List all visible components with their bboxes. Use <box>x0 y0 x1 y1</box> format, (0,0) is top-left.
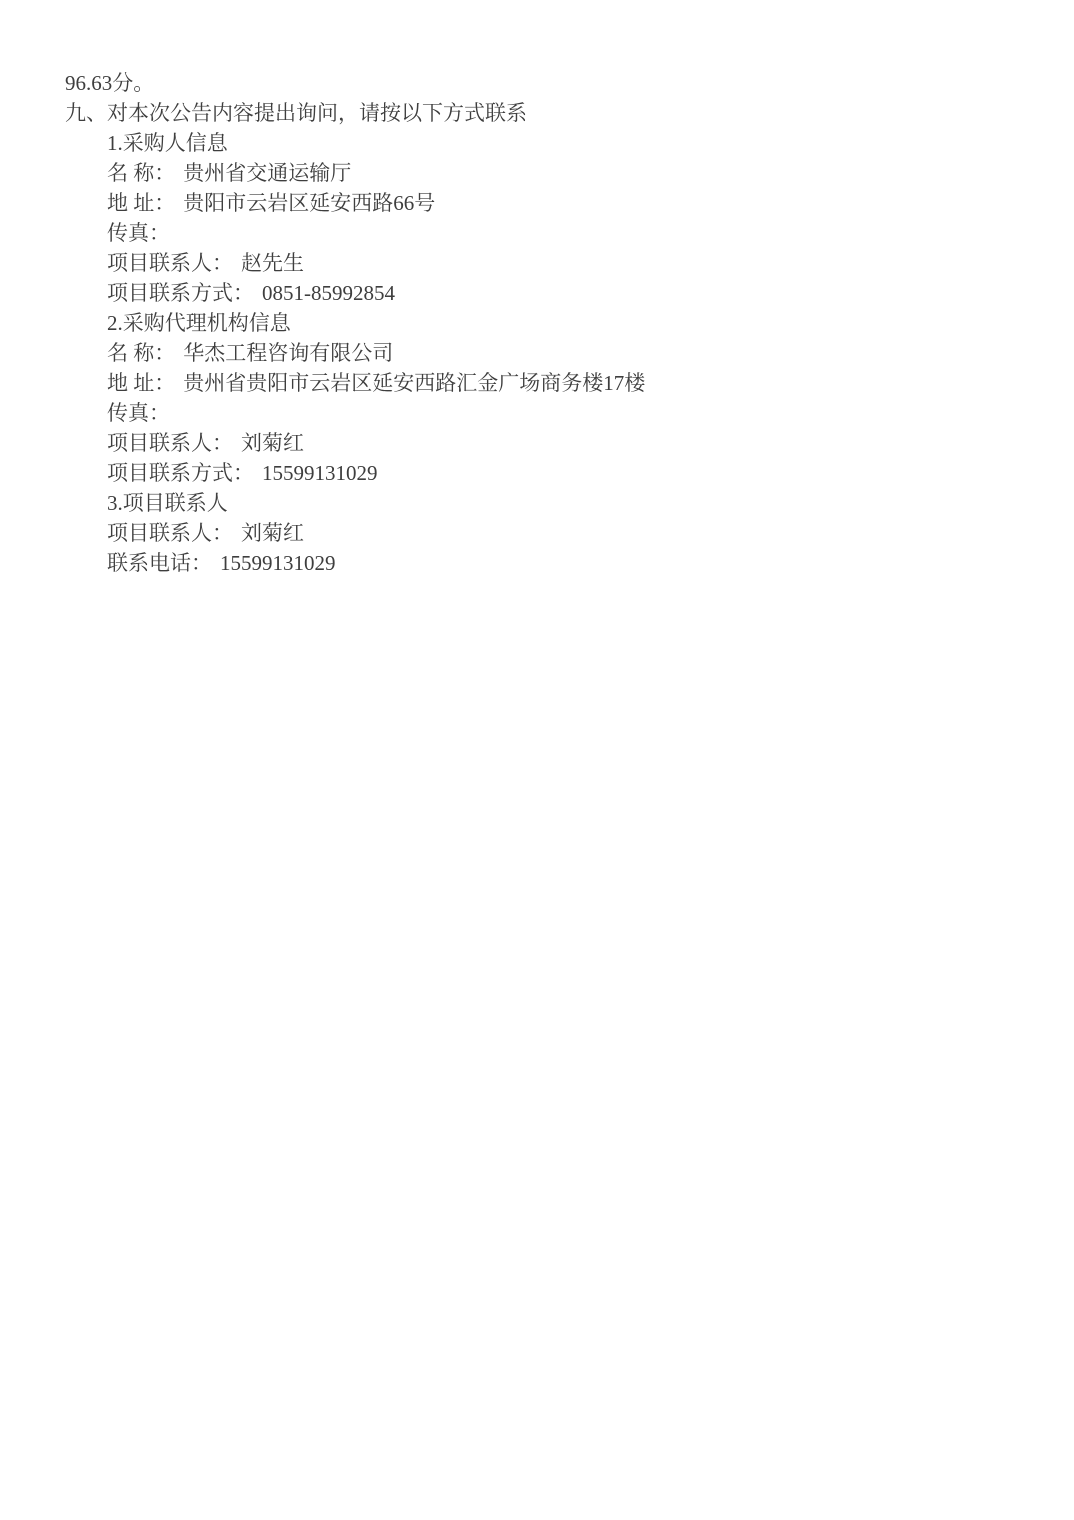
field-label: 项目联系方式： <box>107 281 254 305</box>
agency-address-row: 地 址：贵州省贵阳市云岩区延安西路汇金广场商务楼17楼 <box>65 368 1034 398</box>
field-label: 项目联系人： <box>107 251 233 275</box>
agency-contact-person-row: 项目联系人：刘菊红 <box>65 428 1034 458</box>
field-label: 传真： <box>107 221 170 245</box>
project-contact-person-row: 项目联系人：刘菊红 <box>65 518 1034 548</box>
inquiry-heading: 九、对本次公告内容提出询问，请按以下方式联系 <box>65 98 1034 128</box>
agency-fax-row: 传真： <box>65 398 1034 428</box>
field-value: 刘菊红 <box>241 431 304 455</box>
field-label: 项目联系方式： <box>107 461 254 485</box>
field-value: 15599131029 <box>220 551 336 575</box>
field-label: 名 称： <box>107 341 175 365</box>
field-value: 15599131029 <box>262 461 378 485</box>
agency-name-row: 名 称：华杰工程咨询有限公司 <box>65 338 1034 368</box>
purchaser-contact-phone-row: 项目联系方式：0851-85992854 <box>65 278 1034 308</box>
agency-contact-phone-row: 项目联系方式：15599131029 <box>65 458 1034 488</box>
field-label: 地 址： <box>107 191 175 215</box>
document-content: 96.63分。 九、对本次公告内容提出询问，请按以下方式联系 1.采购人信息 名… <box>65 68 1034 578</box>
field-label: 名 称： <box>107 161 175 185</box>
field-label: 传真： <box>107 401 170 425</box>
field-value: 贵州省贵阳市云岩区延安西路汇金广场商务楼17楼 <box>183 371 645 395</box>
field-value: 赵先生 <box>241 251 304 275</box>
field-value: 贵州省交通运输厅 <box>183 161 351 185</box>
purchaser-fax-row: 传真： <box>65 218 1034 248</box>
field-label: 联系电话： <box>107 551 212 575</box>
agency-section-title: 2.采购代理机构信息 <box>65 308 1034 338</box>
field-value: 华杰工程咨询有限公司 <box>183 341 393 365</box>
purchaser-section-title: 1.采购人信息 <box>65 128 1034 158</box>
field-value: 贵阳市云岩区延安西路66号 <box>183 191 435 215</box>
field-label: 项目联系人： <box>107 431 233 455</box>
score-text: 96.63分。 <box>65 68 1034 98</box>
field-value: 刘菊红 <box>241 521 304 545</box>
project-contact-phone-row: 联系电话：15599131029 <box>65 548 1034 578</box>
purchaser-contact-person-row: 项目联系人：赵先生 <box>65 248 1034 278</box>
field-value: 0851-85992854 <box>262 281 395 305</box>
purchaser-name-row: 名 称：贵州省交通运输厅 <box>65 158 1034 188</box>
document-page: 96.63分。 九、对本次公告内容提出询问，请按以下方式联系 1.采购人信息 名… <box>0 0 1074 1520</box>
purchaser-address-row: 地 址：贵阳市云岩区延安西路66号 <box>65 188 1034 218</box>
project-contact-section-title: 3.项目联系人 <box>65 488 1034 518</box>
field-label: 项目联系人： <box>107 521 233 545</box>
field-label: 地 址： <box>107 371 175 395</box>
